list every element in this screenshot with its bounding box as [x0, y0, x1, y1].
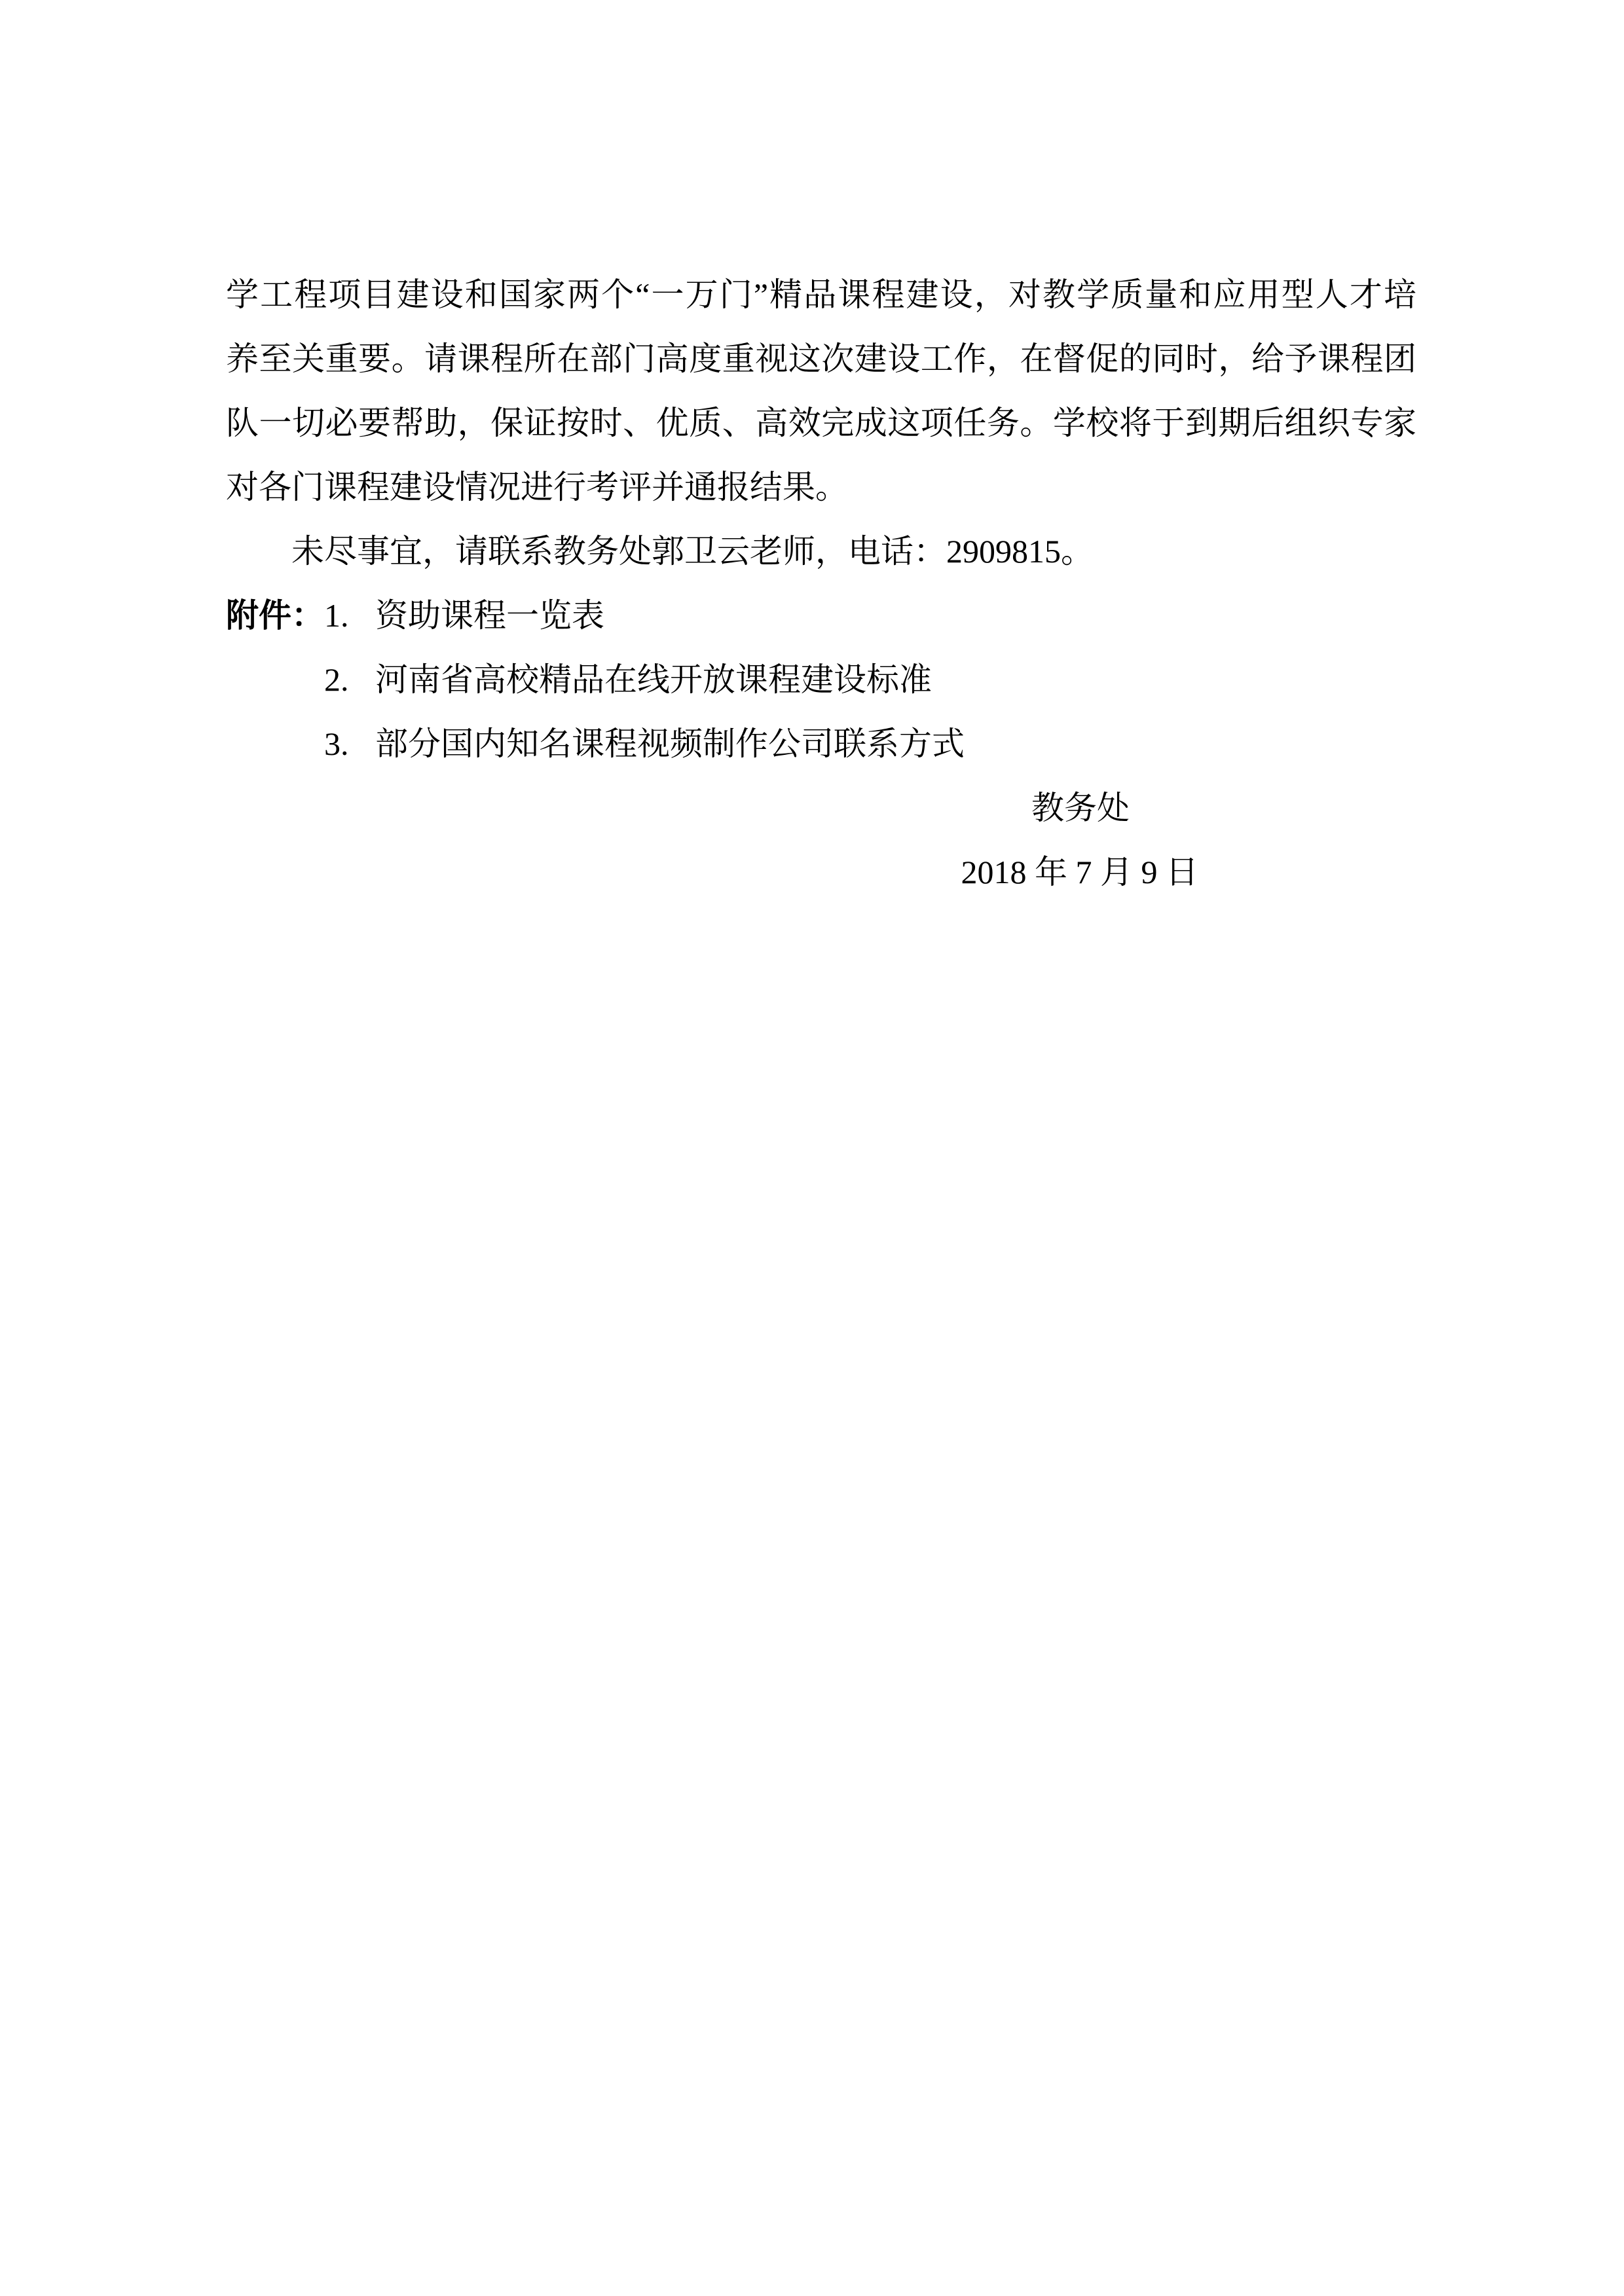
paragraph1-line-4: 对各门课程建设情况进行考评并通报结果。 [226, 455, 1416, 519]
attachment-3-text: 部分国内知名课程视频制作公司联系方式 [375, 725, 965, 762]
signature-department: 教务处 [226, 776, 1416, 840]
document-body: 学工程项目建设和国家两个“一万门”精品课程建设，对教学质量和应用型人才培 养至关… [226, 263, 1416, 904]
document-page: 学工程项目建设和国家两个“一万门”精品课程建设，对教学质量和应用型人才培 养至关… [0, 0, 1624, 2296]
attachment-row-1: 附件：1.资助课程一览表 [226, 583, 1416, 647]
attachment-row-2: 2.河南省高校精品在线开放课程建设标准 [226, 647, 1416, 712]
attachment-2-text: 河南省高校精品在线开放课程建设标准 [375, 661, 932, 698]
signature-date: 2018 年 7 月 9 日 [226, 840, 1416, 904]
attachments-label: 附件： [226, 583, 324, 647]
attachment-row-3: 3.部分国内知名课程视频制作公司联系方式 [226, 712, 1416, 776]
contact-paragraph: 未尽事宜，请联系教务处郭卫云老师，电话：2909815。 [226, 519, 1416, 583]
attachment-1-text: 资助课程一览表 [375, 597, 604, 634]
paragraph1-line-2: 养至关重要。请课程所在部门高度重视这次建设工作，在督促的同时，给予课程团 [226, 327, 1416, 391]
paragraph1-line-3: 队一切必要帮助，保证按时、优质、高效完成这项任务。学校将于到期后组织专家 [226, 391, 1416, 455]
attachment-1-marker: 1. [324, 583, 375, 647]
attachment-3-marker: 3. [324, 712, 375, 776]
attachment-2-marker: 2. [324, 647, 375, 712]
paragraph1-line-1: 学工程项目建设和国家两个“一万门”精品课程建设，对教学质量和应用型人才培 [226, 263, 1416, 327]
